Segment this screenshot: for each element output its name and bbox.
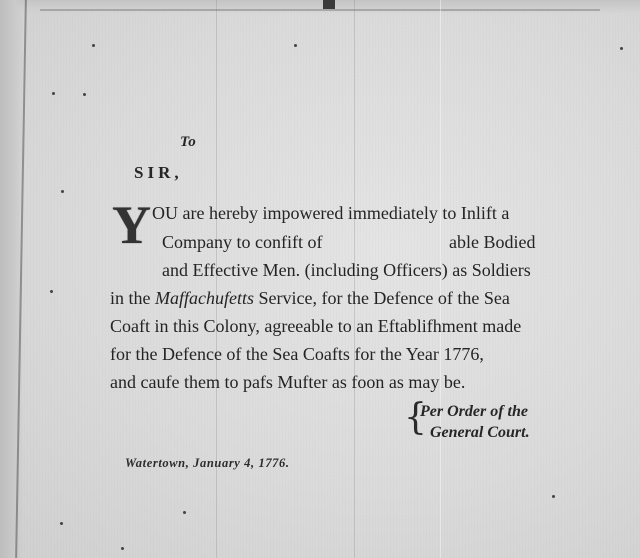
paper-speck [61,190,64,193]
body-line-5: Coaft in this Colony, agreeable to an Ef… [110,315,521,337]
document-page: To SIR, Y OU are hereby impowered immedi… [0,0,640,558]
drop-cap: Y [112,200,151,250]
body-line-4: in the Maffachufetts Service, for the De… [110,287,510,309]
paper-speck [52,92,55,95]
paper-crease-top [40,9,600,11]
body-text: Service, for the Defence of the Sea [254,288,510,308]
salutation: SIR, [134,163,183,183]
addressee-label: To [180,134,196,151]
body-line-3: and Effective Men. (including Officers) … [162,259,531,281]
paper-top-edge [0,0,640,14]
paper-speck [92,44,95,47]
body-line-6: for the Defence of the Sea Coafts for th… [110,343,484,365]
colony-name: Maffachufetts [155,288,254,308]
body-text: in the [110,288,155,308]
paper-speck [121,547,124,550]
signature-block: Per Order of the General Court. [420,401,530,443]
paper-speck [552,495,555,498]
paper-speck [183,511,186,514]
paper-speck [83,93,86,96]
signature-line-2: General Court. [420,422,530,443]
body-line-2-continued: able Bodied [449,231,535,253]
body-line-2: Company to confift of [162,231,322,253]
paper-speck [60,522,63,525]
paper-speck [50,290,53,293]
paper-speck [294,44,297,47]
signature-line-1: Per Order of the [420,401,530,422]
body-line-1: OU are hereby impowered immediately to I… [152,202,509,224]
paper-damage-mark [323,0,335,9]
paper-speck [620,47,623,50]
body-line-7: and caufe them to pafs Mufter as foon as… [110,371,465,393]
dateline: Watertown, January 4, 1776. [125,456,290,471]
